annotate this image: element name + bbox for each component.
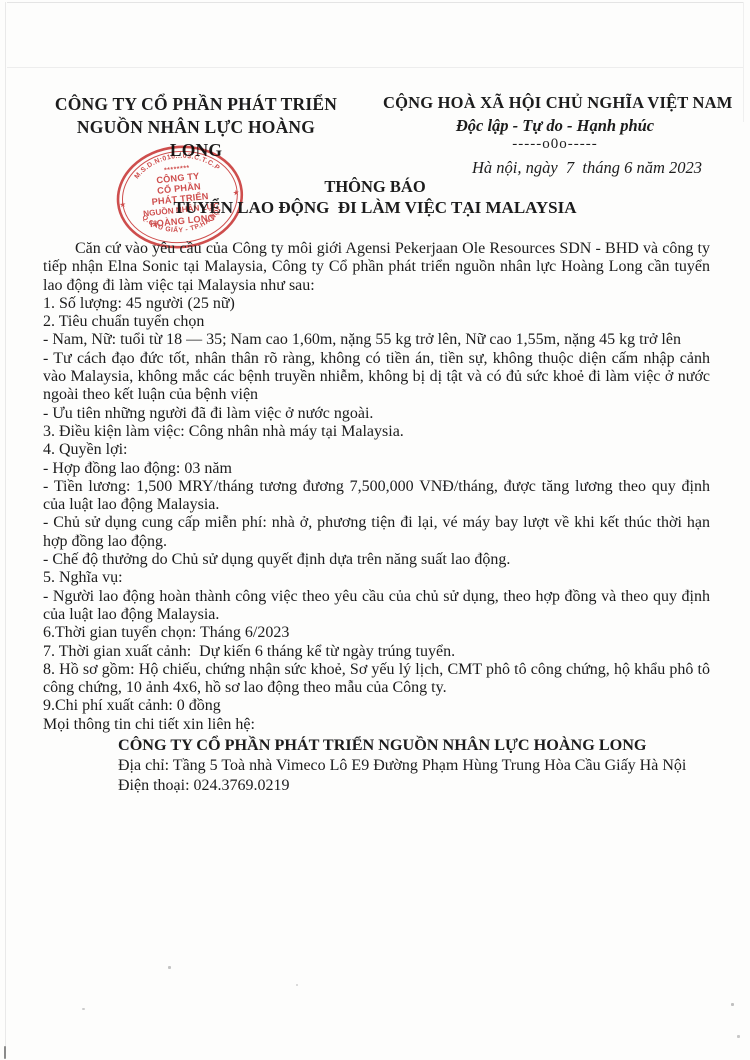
contact-phone: Điện thoại: 024.3769.0219: [118, 776, 710, 796]
issuer-company-line1: CÔNG TY CỔ PHẦN PHÁT TRIỂN: [50, 93, 342, 116]
body-item: - Tư cách đạo đức tốt, nhân thân rõ ràng…: [43, 350, 710, 405]
scan-edge-top: [7, 2, 743, 3]
document-title: THÔNG BÁO TUYỂN LAO ĐỘNG ĐI LÀM VIỆC TẠI…: [0, 177, 750, 218]
scan-speck: [737, 1035, 740, 1038]
body-item: 4. Quyền lợi:: [43, 441, 710, 459]
document-body: Căn cứ vào yêu cầu của Công ty môi giới …: [43, 240, 710, 795]
contact-company-name: CÔNG TY CỔ PHẦN PHÁT TRIỂN NGUỒN NHÂN LỰ…: [118, 736, 710, 756]
national-motto-line1: CỘNG HOÀ XÃ HỘI CHỦ NGHĨA VIỆT NAM: [383, 93, 727, 113]
contact-block: CÔNG TY CỔ PHẦN PHÁT TRIỂN NGUỒN NHÂN LỰ…: [118, 736, 710, 795]
body-item: 5. Nghĩa vụ:: [43, 569, 710, 587]
body-item: - Hợp đồng lao động: 03 năm: [43, 460, 710, 478]
scan-speck: [168, 966, 171, 969]
body-item: 9.Chi phí xuất cảnh: 0 đồng: [43, 697, 710, 715]
national-motto-line2: Độc lập - Tự do - Hạnh phúc: [383, 116, 727, 136]
body-item: 3. Điều kiện làm việc: Công nhân nhà máy…: [43, 423, 710, 441]
body-item: 8. Hồ sơ gồm: Hộ chiếu, chứng nhận sức k…: [43, 661, 710, 698]
body-item: 6.Thời gian tuyển chọn: Tháng 6/2023: [43, 624, 710, 642]
body-item: - Ưu tiên những người đã đi làm việc ở n…: [43, 405, 710, 423]
body-item: 1. Số lượng: 45 người (25 nữ): [43, 295, 710, 313]
scan-speck: [731, 1003, 734, 1006]
contact-lead: Mọi thông tin chi tiết xin liên hệ:: [43, 716, 710, 734]
scan-speck: [296, 984, 298, 986]
scan-speck: [82, 1008, 85, 1010]
scan-speck: [4, 1046, 6, 1059]
body-item: - Chủ sử dụng cung cấp miễn phí: nhà ở, …: [43, 514, 710, 551]
title-line1: THÔNG BÁO: [0, 177, 750, 197]
scan-edge-right: [743, 2, 744, 122]
contact-address: Địa chỉ: Tầng 5 Toà nhà Vimeco Lô E9 Đườ…: [118, 756, 710, 776]
body-item: - Chế độ thưởng do Chủ sử dụng quyết địn…: [43, 551, 710, 569]
body-item: - Tiền lương: 1,500 MRY/tháng tương đươn…: [43, 478, 710, 515]
motto-separator: -----o0o-----: [383, 136, 727, 153]
issue-date: Hà nội, ngày 7 tháng 6 năm 2023: [383, 158, 727, 178]
body-item: 7. Thời gian xuất cảnh: Dự kiến 6 tháng …: [43, 643, 710, 661]
intro-paragraph: Căn cứ vào yêu cầu của Công ty môi giới …: [43, 240, 710, 295]
scan-line-faint: [7, 67, 743, 68]
scan-edge-left: [5, 2, 6, 1054]
document-page: CÔNG TY CỔ PHẦN PHÁT TRIỂN NGUỒN NHÂN LỰ…: [0, 0, 750, 1060]
body-item: - Người lao động hoàn thành công việc th…: [43, 588, 710, 625]
title-line2: TUYỂN LAO ĐỘNG ĐI LÀM VIỆC TẠI MALAYSIA: [0, 198, 750, 218]
body-item: - Nam, Nữ: tuổi từ 18 — 35; Nam cao 1,60…: [43, 331, 710, 349]
body-item: 2. Tiêu chuẩn tuyển chọn: [43, 313, 710, 331]
national-header: CỘNG HOÀ XÃ HỘI CHỦ NGHĨA VIỆT NAM Độc l…: [383, 93, 727, 178]
